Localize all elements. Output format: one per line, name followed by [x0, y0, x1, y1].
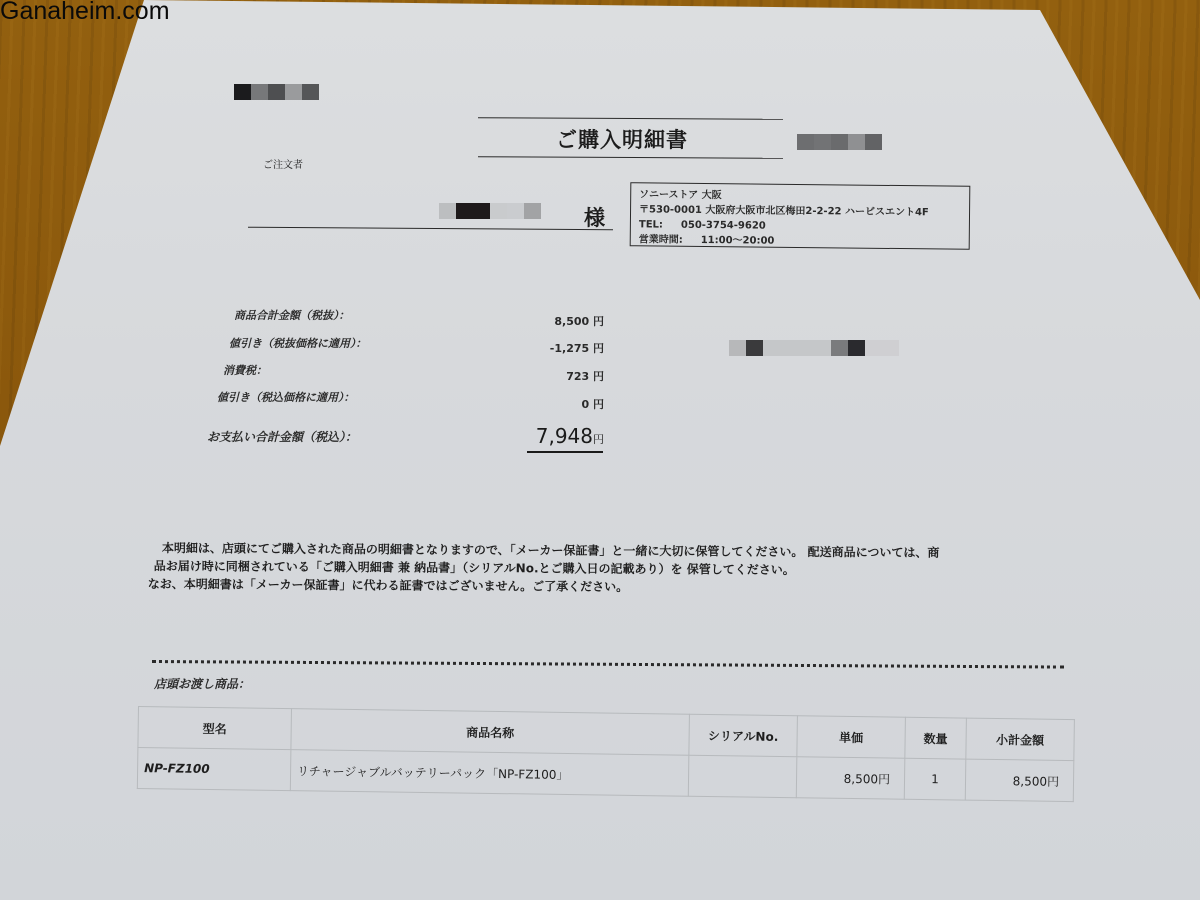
column-header-subtotal: 小計金額 — [966, 718, 1075, 761]
total-label: お支払い合計金額（税込）： — [207, 428, 357, 445]
summary-value-discount-pretax: -1,275 円 — [484, 340, 604, 356]
honorific: 様 — [584, 202, 605, 232]
document-title: ご購入明細書 — [556, 124, 688, 154]
column-header-serial: シリアルNo. — [689, 714, 798, 757]
cell-unit-price: 8,500円 — [796, 757, 905, 800]
store-info-box: ソニーストア 大阪 〒530-0001 大阪府大阪市北区梅田2-2-22 ハービ… — [630, 182, 971, 250]
cell-serial — [688, 755, 797, 798]
column-header-model: 型名 — [138, 707, 292, 750]
summary-value-subtotal: 8,500 円 — [484, 313, 604, 329]
column-header-unit-price: 単価 — [797, 716, 906, 759]
column-header-product-name: 商品名称 — [291, 709, 690, 756]
redacted-customer-name — [439, 203, 541, 219]
redacted-staff-info — [729, 340, 899, 356]
redacted-order-number — [234, 84, 319, 100]
summary-label-subtotal: 商品合計金額（税抜）： — [234, 307, 350, 323]
summary-value-tax: 723 円 — [484, 368, 604, 384]
summary-label-discount-taxincl: 値引き（税込価格に適用）： — [217, 389, 355, 405]
orderer-label: ご注文者 — [263, 156, 303, 171]
summary-label-discount-pretax: 値引き（税抜価格に適用）： — [229, 335, 367, 351]
cell-product-name: リチャージャブルバッテリーパック「NP-FZ100」 — [290, 750, 689, 797]
total-underline — [527, 451, 603, 453]
items-table: 型名 商品名称 シリアルNo. 単価 数量 小計金額 NP-FZ100 リチャー… — [137, 706, 1075, 802]
total-amount: 7,948円 — [484, 424, 604, 448]
cell-model: NP-FZ100 — [137, 748, 291, 791]
summary-value-discount-taxincl: 0 円 — [484, 396, 604, 412]
watermark: Ganaheim.com — [0, 0, 170, 26]
cell-quantity: 1 — [904, 758, 966, 800]
handover-items-label: 店頭お渡し商品： — [154, 675, 250, 692]
cell-subtotal: 8,500円 — [965, 759, 1074, 802]
column-header-quantity: 数量 — [905, 717, 967, 759]
notice-text: 本明細は、店頭にてご購入された商品の明細書となりますので、「メーカー保証書」と一… — [148, 539, 940, 598]
redacted-issue-info — [797, 134, 882, 150]
summary-label-tax: 消費税： — [223, 362, 267, 378]
